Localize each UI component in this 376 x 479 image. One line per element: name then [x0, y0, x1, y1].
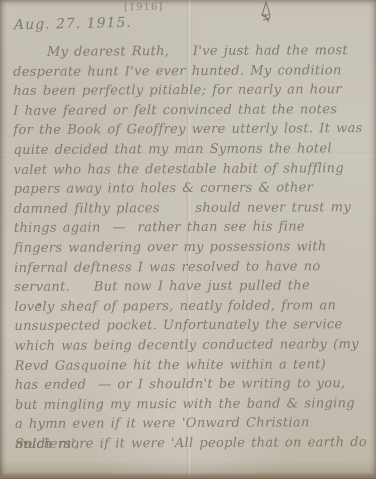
letter-page: [1916] Aug. 27. 1915. My dearest Ruth, I… [0, 0, 376, 479]
letter-line: quite decided that my man Symons the hot… [13, 139, 367, 160]
letter-line: fingers wandering over my possessions wi… [14, 237, 368, 258]
letter-line: for the Book of Geoffrey were utterly lo… [13, 119, 367, 140]
letter-line: but mingling my music with the band & si… [15, 394, 369, 415]
letter-line: infernal deftness I was resolved to have… [14, 257, 368, 278]
pencil-sketch-mark [252, 1, 278, 27]
letter-line: servant. But now I have just pulled the [14, 276, 368, 297]
page-bottom-edge [0, 472, 376, 479]
letter-line: things again — rather than see his fine [14, 217, 368, 238]
letter-line: unsuspected pocket. Unfortunately the se… [14, 315, 368, 336]
letter-line: I have feared or felt convinced that the… [13, 100, 367, 121]
letter-line: Revd Gasquoine hit the white within a te… [15, 355, 369, 376]
letter-line: damned filthy places should never trust … [14, 198, 368, 219]
letter-line: a hymn even if it were 'Onward Christian… [15, 413, 369, 434]
archival-year-note: [1916] [124, 2, 163, 14]
letter-line: My dearest Ruth, I've just had the most [13, 41, 367, 62]
letter-line: has ended — or I shouldn't be writing to… [15, 374, 369, 395]
letter-line: desperate hunt I've ever hunted. My cond… [13, 61, 367, 82]
letter-line: valet who has the detestable habit of sh… [14, 159, 368, 180]
letter-line: papers away into holes & corners & other [14, 178, 368, 199]
letter-line: has been perfectly pitiable; for nearly … [13, 80, 367, 101]
letter-body: My dearest Ruth, I've just had the most … [13, 41, 369, 454]
letter-date: Aug. 27. 1915. [14, 15, 132, 33]
letter-line: which was being decently conducted nearb… [14, 335, 368, 356]
letter-line: lovely sheaf of papers, neatly folded, f… [14, 296, 368, 317]
letter-line: much more if it were 'All people that on… [15, 433, 369, 454]
